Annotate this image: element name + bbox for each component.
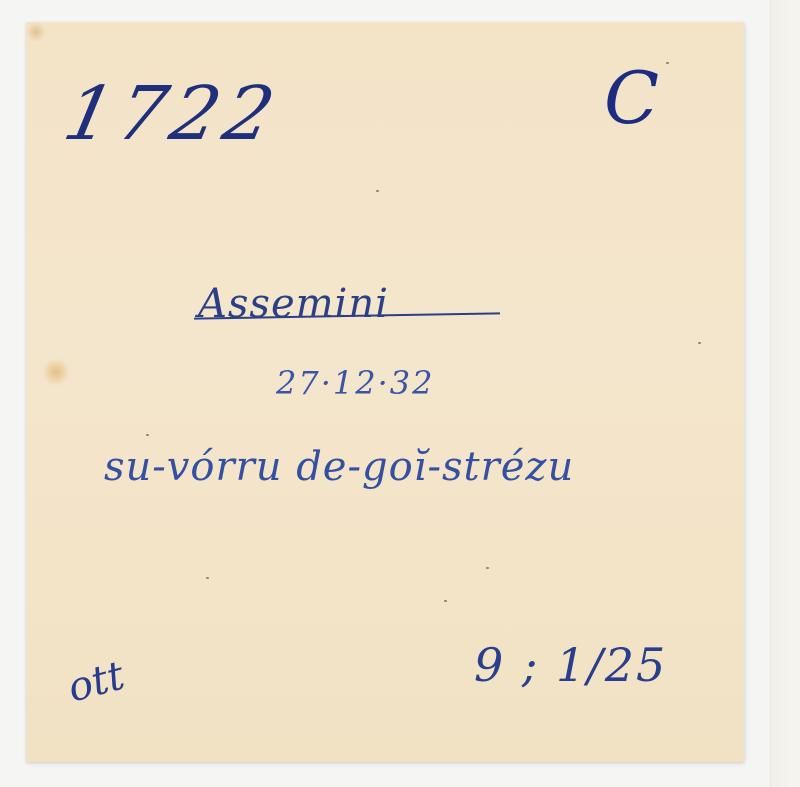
catalog-number: 1722 [58, 77, 286, 151]
scan-background: 1722 C Assemini 27·12·32 su-vórru de-goĭ… [0, 0, 800, 787]
paper-speck [444, 600, 447, 602]
reference-code: 9 ; 1/25 [474, 642, 667, 688]
paper-speck [376, 190, 379, 192]
adjacent-card-edge [770, 0, 800, 787]
paper-speck [666, 62, 669, 64]
transcribed-phrase: su-vórru de-goĭ-strézu [104, 447, 574, 487]
category-letter: C [604, 62, 659, 134]
paper-speck [698, 342, 701, 344]
index-card: 1722 C Assemini 27·12·32 su-vórru de-goĭ… [26, 22, 744, 762]
paper-speck [486, 567, 489, 569]
date: 27·12·32 [276, 367, 435, 399]
paper-speck [146, 434, 149, 436]
initials: ott [64, 655, 129, 708]
paper-speck [206, 577, 209, 579]
